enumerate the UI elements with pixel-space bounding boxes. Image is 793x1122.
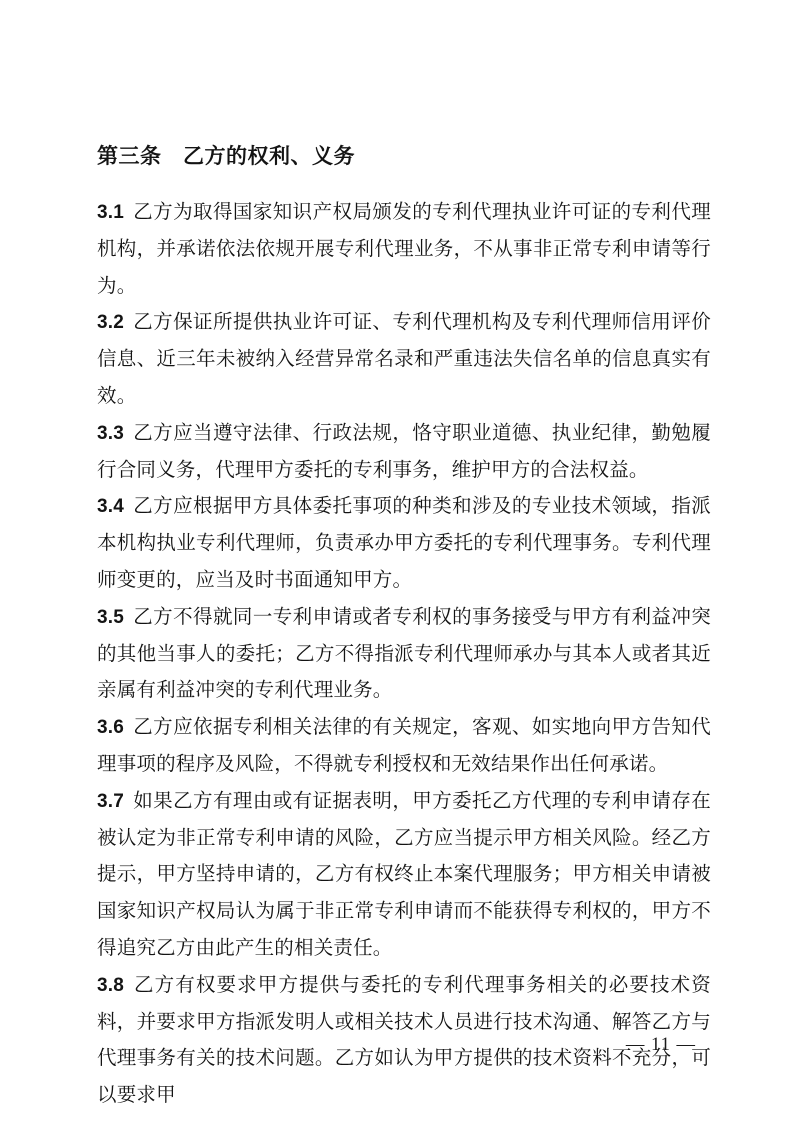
clause-3-5: 3.5乙方不得就同一专利申请或者专利权的事务接受与甲方有利益冲突的其他当事人的委… [97, 600, 711, 710]
clause-3-8: 3.8乙方有权要求甲方提供与委托的专利代理事务相关的必要技术资料，并要求甲方指派… [97, 968, 711, 1115]
clause-text: 乙方为取得国家知识产权局颁发的专利代理执业许可证的专利代理机构，并承诺依法依规开… [97, 202, 711, 297]
clause-number: 3.8 [97, 975, 124, 996]
clause-number: 3.3 [97, 423, 124, 444]
clause-text: 乙方应根据甲方具体委托事项的种类和涉及的专业技术领域，指派本机构执业专利代理师，… [97, 496, 711, 591]
clause-3-7: 3.7如果乙方有理由或有证据表明，甲方委托乙方代理的专利申请存在被认定为非正常专… [97, 784, 711, 968]
clause-3-3: 3.3乙方应当遵守法律、行政法规，恪守职业道德、执业纪律，勤勉履行合同义务，代理… [97, 416, 711, 490]
clause-number: 3.2 [97, 312, 124, 333]
clause-3-6: 3.6乙方应依据专利相关法律的有关规定，客观、如实地向甲方告知代理事项的程序及风… [97, 710, 711, 784]
clause-number: 3.7 [97, 791, 124, 812]
clause-3-1: 3.1乙方为取得国家知识产权局颁发的专利代理执业许可证的专利代理机构，并承诺依法… [97, 195, 711, 305]
section-heading: 第三条 乙方的权利、义务 [97, 143, 711, 171]
clause-text: 如果乙方有理由或有证据表明，甲方委托乙方代理的专利申请存在被认定为非正常专利申请… [97, 791, 711, 959]
clause-text: 乙方不得就同一专利申请或者专利权的事务接受与甲方有利益冲突的其他当事人的委托；乙… [97, 607, 711, 702]
clause-number: 3.5 [97, 607, 124, 628]
clause-text: 乙方保证所提供执业许可证、专利代理机构及专利代理师信用评价信息、近三年未被纳入经… [97, 312, 711, 407]
clause-text: 乙方有权要求甲方提供与委托的专利代理事务相关的必要技术资料，并要求甲方指派发明人… [97, 975, 711, 1106]
document-page: 第三条 乙方的权利、义务 3.1乙方为取得国家知识产权局颁发的专利代理执业许可证… [0, 0, 793, 1122]
clause-number: 3.4 [97, 496, 124, 517]
clause-number: 3.1 [97, 202, 124, 223]
clause-3-2: 3.2乙方保证所提供执业许可证、专利代理机构及专利代理师信用评价信息、近三年未被… [97, 305, 711, 415]
clause-text: 乙方应当遵守法律、行政法规，恪守职业道德、执业纪律，勤勉履行合同义务，代理甲方委… [97, 423, 711, 481]
clause-3-4: 3.4乙方应根据甲方具体委托事项的种类和涉及的专业技术领域，指派本机构执业专利代… [97, 489, 711, 599]
clause-text: 乙方应依据专利相关法律的有关规定，客观、如实地向甲方告知代理事项的程序及风险，不… [97, 717, 711, 775]
page-number: — 11 — [626, 1033, 696, 1057]
page-content: 第三条 乙方的权利、义务 3.1乙方为取得国家知识产权局颁发的专利代理执业许可证… [97, 143, 711, 1115]
clause-number: 3.6 [97, 717, 124, 738]
